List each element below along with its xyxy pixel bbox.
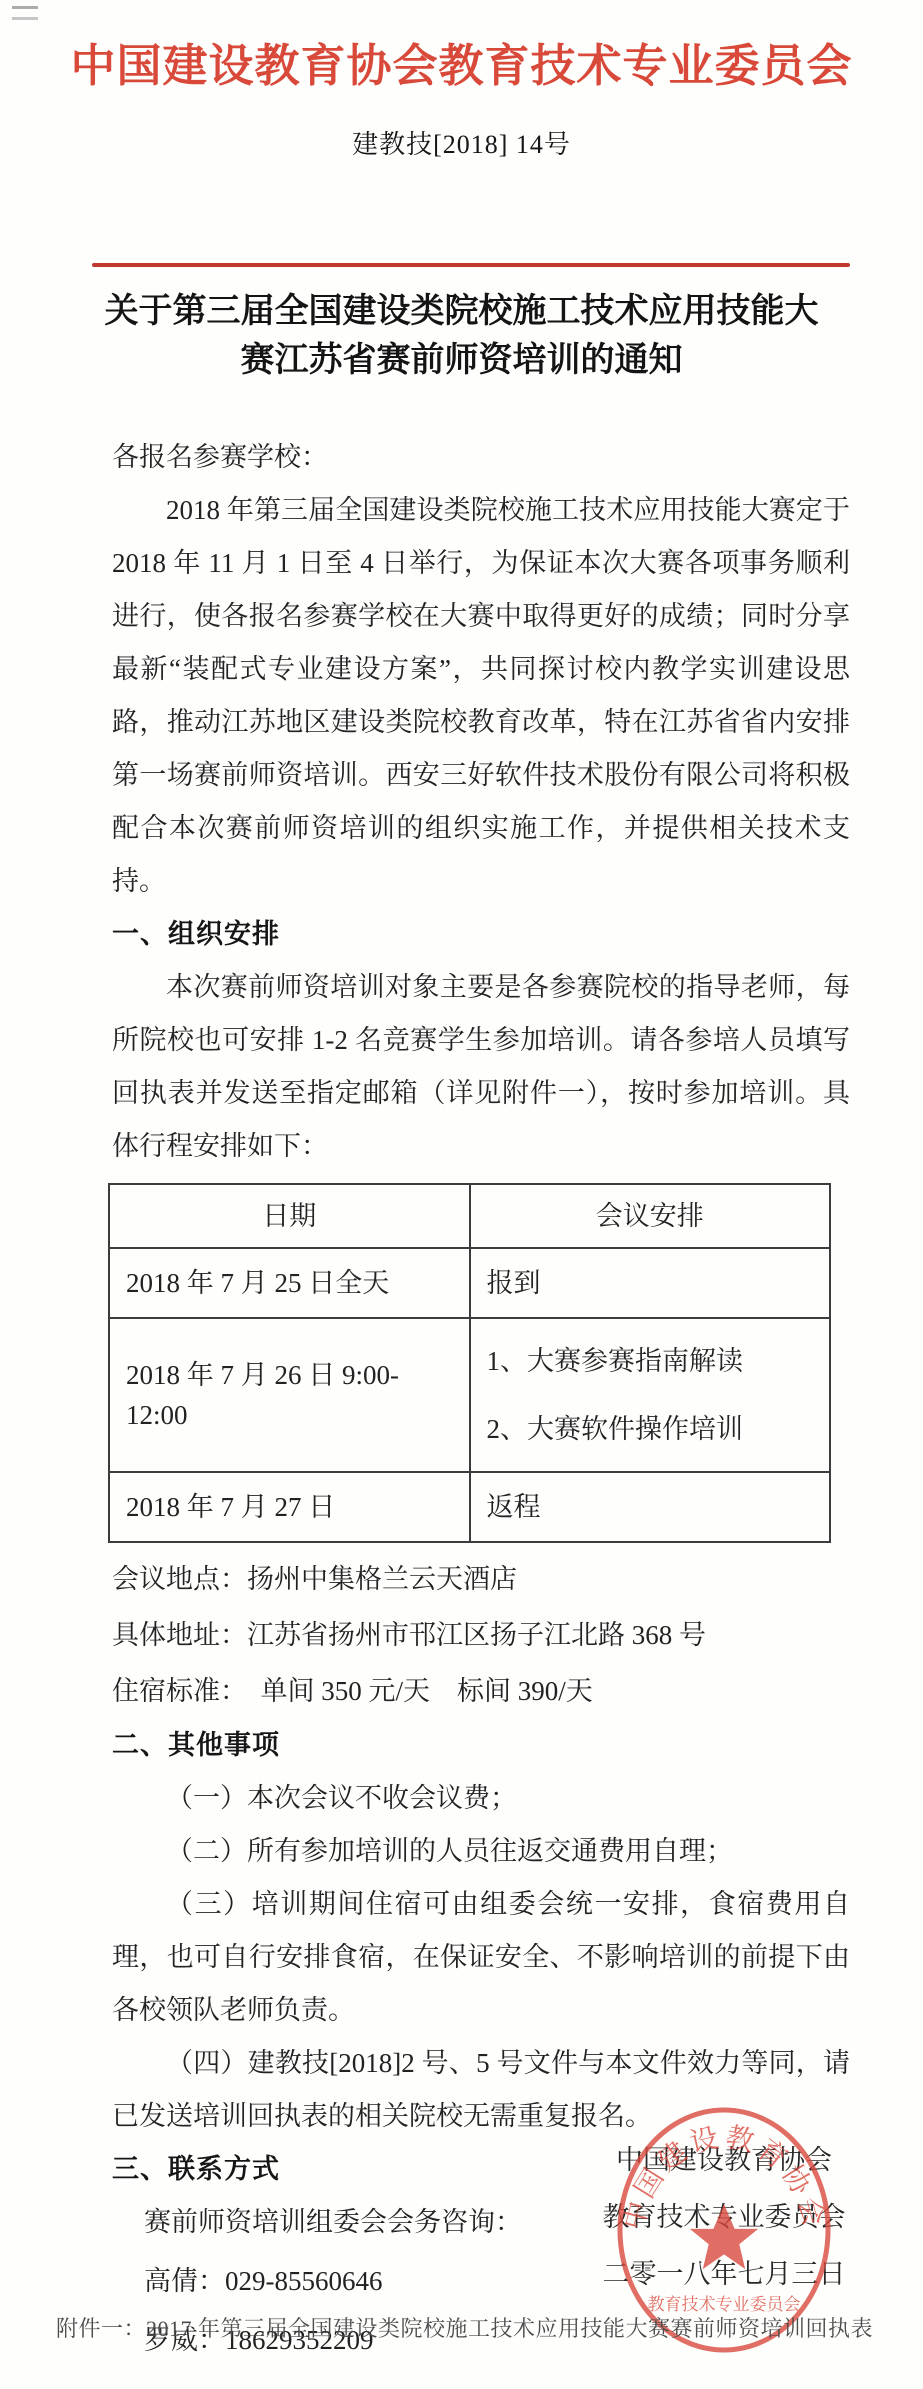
table-cell-agenda: 返程 <box>470 1472 831 1542</box>
table-header-agenda: 会议安排 <box>470 1184 831 1248</box>
attachment-note: 附件一：2017 年第三届全国建设类院校施工技术应用技能大赛赛前师资培训回执表 <box>56 2312 906 2343</box>
section2-item-1: （一）本次会议不收会议费； <box>112 1772 850 1825</box>
document-body: 各报名参赛学校： 2018 年第三届全国建设类院校施工技术应用技能大赛定于 20… <box>112 431 850 2367</box>
table-cell-agenda: 1、大赛参赛指南解读 2、大赛软件操作培训 <box>470 1318 831 1472</box>
section2-item-2: （二）所有参加培训的人员往返交通费用自理； <box>112 1825 850 1878</box>
table-row: 2018 年 7 月 26 日 9:00-12:00 1、大赛参赛指南解读 2、… <box>109 1318 830 1472</box>
document-page: 中国建设教育协会教育技术专业委员会 建教技[2018] 14号 关于第三届全国建… <box>0 0 923 2389</box>
table-cell-date: 2018 年 7 月 27 日 <box>109 1472 470 1542</box>
doc-number: 建教技[2018] 14号 <box>0 124 923 161</box>
table-row: 2018 年 7 月 27 日 返程 <box>109 1472 830 1542</box>
section1-paragraph: 本次赛前师资培训对象主要是各参赛院校的指导老师，每所院校也可安排 1-2 名竞赛… <box>112 961 850 1173</box>
doc-title: 关于第三届全国建设类院校施工技术应用技能大 赛江苏省赛前师资培训的通知 <box>0 287 923 385</box>
signature-org-line2: 教育技术专业委员会 <box>588 2189 860 2246</box>
salutation: 各报名参赛学校： <box>112 431 850 484</box>
table-cell-date: 2018 年 7 月 26 日 9:00-12:00 <box>109 1318 470 1472</box>
signature-org-line1: 中国建设教育协会 <box>588 2132 860 2189</box>
table-cell-agenda: 报到 <box>470 1248 831 1318</box>
org-title: 中国建设教育协会教育技术专业委员会 <box>0 0 923 96</box>
table-header-row: 日期 会议安排 <box>109 1184 830 1248</box>
venue-location: 会议地点：扬州中集格兰云天酒店 <box>112 1551 850 1607</box>
section1-heading: 一、组织安排 <box>112 908 850 961</box>
doc-title-line2: 赛江苏省赛前师资培训的通知 <box>0 336 923 385</box>
section2-item-3: （三）培训期间住宿可由组委会统一安排，食宿费用自理，也可自行安排食宿，在保证安全… <box>112 1878 850 2037</box>
red-divider-rule <box>92 263 850 267</box>
agenda-item-1: 1、大赛参赛指南解读 <box>487 1327 814 1395</box>
venue-address: 具体地址：江苏省扬州市邗江区扬子江北路 368 号 <box>112 1607 850 1663</box>
section2-item-4: （四）建教技[2018]2 号、5 号文件与本文件效力等同，请已发送培训回执表的… <box>112 2037 850 2143</box>
signature-block: 中国建设教育协会 教育技术专业委员会 二零一八年七月三日 <box>588 2132 860 2303</box>
signature-date: 二零一八年七月三日 <box>588 2246 860 2303</box>
paragraph-intro: 2018 年第三届全国建设类院校施工技术应用技能大赛定于 2018 年 11 月… <box>112 484 850 908</box>
schedule-table: 日期 会议安排 2018 年 7 月 25 日全天 报到 2018 年 7 月 … <box>108 1183 831 1543</box>
table-row: 2018 年 7 月 25 日全天 报到 <box>109 1248 830 1318</box>
table-header-date: 日期 <box>109 1184 470 1248</box>
scan-artifact <box>12 6 38 20</box>
doc-title-line1: 关于第三届全国建设类院校施工技术应用技能大 <box>0 287 923 336</box>
agenda-item-2: 2、大赛软件操作培训 <box>487 1395 814 1463</box>
table-cell-date: 2018 年 7 月 25 日全天 <box>109 1248 470 1318</box>
venue-lodging: 住宿标准： 单间 350 元/天 标间 390/天 <box>112 1663 850 1719</box>
section2-heading: 二、其他事项 <box>112 1719 850 1772</box>
